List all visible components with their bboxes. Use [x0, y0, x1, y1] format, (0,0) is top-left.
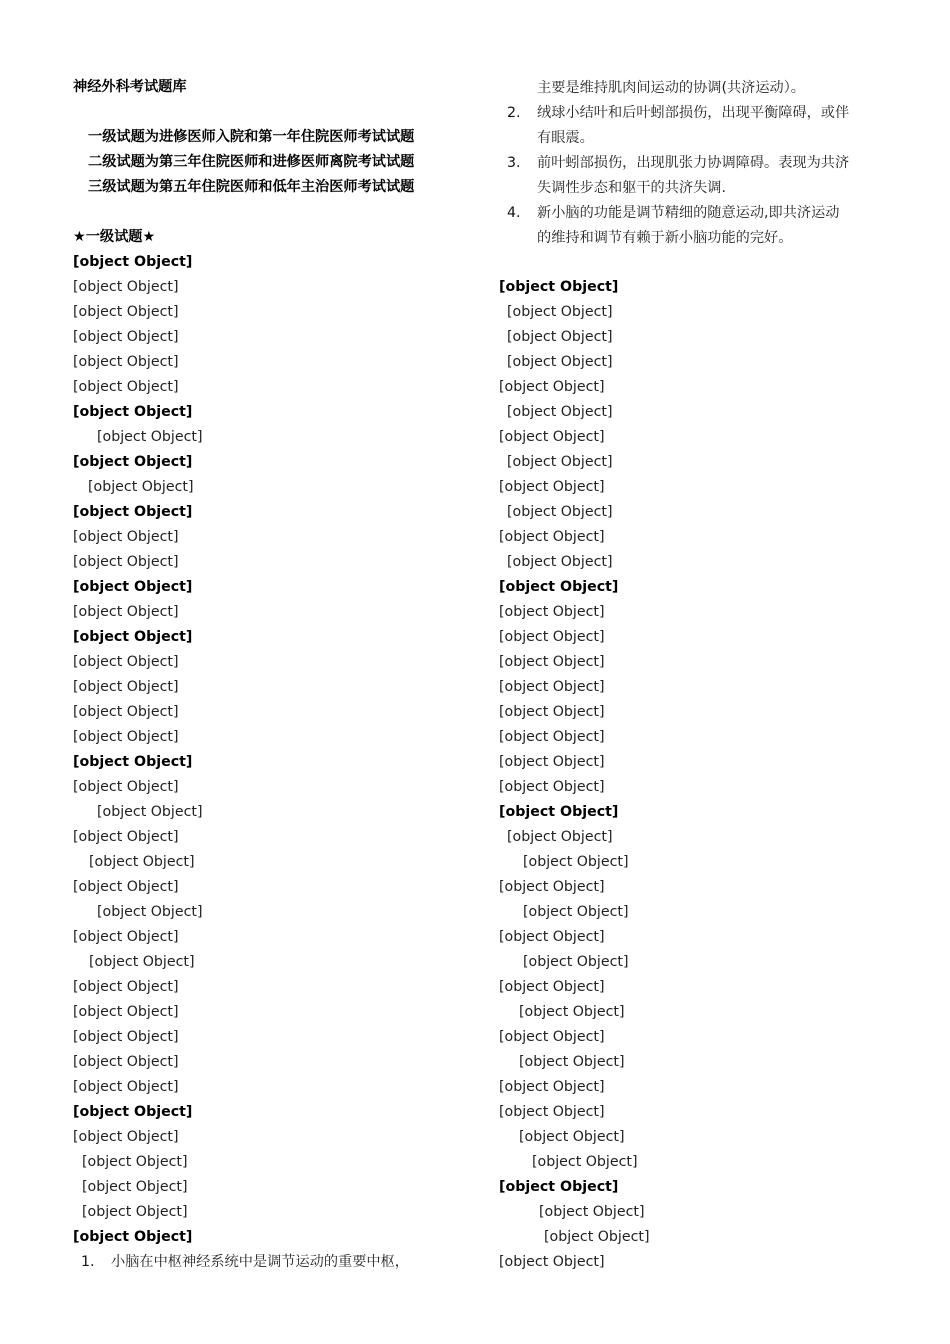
- answer-line: [object Object]: [73, 677, 179, 697]
- answer-line: [object Object]: [73, 1002, 179, 1022]
- answer-line: [object Object]: [499, 677, 605, 697]
- answer-line: [object Object]: [73, 777, 179, 797]
- answer-line: [object Object]: [499, 427, 605, 447]
- answer-line: [object Object]: [73, 702, 179, 722]
- answer-line: [object Object]: [539, 1202, 645, 1222]
- answer-line: [object Object]: [499, 877, 605, 897]
- answer-line: [object Object]: [499, 702, 605, 722]
- answer-line: [object Object]: [499, 527, 605, 547]
- answer-line: [object Object]: [499, 377, 605, 397]
- answer-line: [object Object]: [523, 952, 629, 972]
- answer-line: [object Object]: [523, 852, 629, 872]
- question-heading: [object Object]: [499, 577, 618, 597]
- answer-line: [object Object]: [73, 302, 179, 322]
- answer-line: [object Object]: [97, 902, 203, 922]
- answer-line: [object Object]: [507, 352, 613, 372]
- question-heading: [object Object]: [73, 577, 192, 597]
- section-title: ★一级试题★: [73, 227, 155, 247]
- answer-line: [object Object]: [499, 1027, 605, 1047]
- answer-line: [object Object]: [82, 1202, 188, 1222]
- answer-line: [object Object]: [73, 1127, 179, 1147]
- intro-line-3: 三级试题为第五年住院医师和低年主治医师考试试题: [88, 177, 414, 197]
- answer-line: [object Object]: [499, 477, 605, 497]
- answer-line: [object Object]: [519, 1127, 625, 1147]
- answer-line: [object Object]: [73, 552, 179, 572]
- answer-line: [object Object]: [507, 327, 613, 347]
- answer-line: [object Object]: [82, 1177, 188, 1197]
- answer-line: [object Object]: [507, 402, 613, 422]
- answer-line: [object Object]: [499, 927, 605, 947]
- answer-line: [object Object]: [499, 1077, 605, 1097]
- list-item-text: 前叶蚓部损伤，出现肌张力协调障碍。表现为共济: [537, 153, 849, 173]
- answer-line: [object Object]: [73, 827, 179, 847]
- document-title: 神经外科考试题库: [73, 77, 187, 97]
- answer-line: [object Object]: [73, 877, 179, 897]
- answer-line: [object Object]: [507, 302, 613, 322]
- answer-line: [object Object]: [499, 727, 605, 747]
- answer-line: [object Object]: [73, 1077, 179, 1097]
- answer-line: [object Object]: [499, 602, 605, 622]
- answer-line: [object Object]: [507, 552, 613, 572]
- answer-line: [object Object]: [499, 977, 605, 997]
- answer-line: [object Object]: [73, 352, 179, 372]
- list-item-number: 2.: [507, 103, 521, 123]
- answer-line: [object Object]: [73, 377, 179, 397]
- list-item-number: 4.: [507, 203, 521, 223]
- answer-line: [object Object]: [89, 852, 195, 872]
- list-item-text: 新小脑的功能是调节精细的随意运动,即共济运动: [537, 203, 839, 223]
- question-heading: [object Object]: [73, 1102, 192, 1122]
- answer-line: [object Object]: [97, 802, 203, 822]
- question-heading: [object Object]: [73, 502, 192, 522]
- question-heading: [object Object]: [73, 752, 192, 772]
- answer-line: [object Object]: [73, 527, 179, 547]
- list-item-text: 失调性步态和躯干的共济失调.: [537, 178, 726, 198]
- answer-line: [object Object]: [507, 452, 613, 472]
- question-heading: [object Object]: [73, 1227, 192, 1247]
- question-heading: [object Object]: [73, 627, 192, 647]
- list-item-text: 小脑在中枢神经系统中是调节运动的重要中枢，: [111, 1252, 409, 1272]
- answer-line: [object Object]: [499, 627, 605, 647]
- answer-line: [object Object]: [73, 927, 179, 947]
- answer-line: [object Object]: [519, 1052, 625, 1072]
- list-item-text: 绒球小结叶和后叶蚓部损伤，出现平衡障碍，或伴: [537, 103, 849, 123]
- answer-line: [object Object]: [73, 977, 179, 997]
- answer-line: [object Object]: [499, 777, 605, 797]
- question-heading: [object Object]: [499, 802, 618, 822]
- answer-line: [object Object]: [523, 902, 629, 922]
- answer-line: [object Object]: [73, 602, 179, 622]
- answer-line: [object Object]: [73, 652, 179, 672]
- list-item-number: 1.: [81, 1252, 95, 1272]
- list-item-text: 有眼震。: [537, 128, 594, 148]
- list-item-number: 3.: [507, 153, 521, 173]
- intro-line-2: 二级试题为第三年住院医师和进修医师离院考试试题: [88, 152, 414, 172]
- question-heading: [object Object]: [73, 452, 192, 472]
- answer-line: [object Object]: [73, 727, 179, 747]
- answer-line: [object Object]: [97, 427, 203, 447]
- answer-line: [object Object]: [499, 1102, 605, 1122]
- question-heading: [object Object]: [73, 402, 192, 422]
- question-heading: [object Object]: [73, 252, 192, 272]
- answer-line: [object Object]: [544, 1227, 650, 1247]
- list-item-text: 的维持和调节有赖于新小脑功能的完好。: [537, 228, 792, 248]
- answer-line: [object Object]: [519, 1002, 625, 1022]
- answer-line: [object Object]: [73, 327, 179, 347]
- intro-line-1: 一级试题为进修医师入院和第一年住院医师考试试题: [88, 127, 414, 147]
- list-continuation: 主要是维持肌肉间运动的协调(共济运动）。: [537, 78, 805, 98]
- question-heading: [object Object]: [499, 277, 618, 297]
- question-heading: [object Object]: [499, 1177, 618, 1197]
- answer-line: [object Object]: [499, 652, 605, 672]
- answer-line: [object Object]: [499, 1252, 605, 1272]
- answer-line: [object Object]: [88, 477, 194, 497]
- answer-line: [object Object]: [89, 952, 195, 972]
- answer-line: [object Object]: [82, 1152, 188, 1172]
- answer-line: [object Object]: [507, 827, 613, 847]
- document-page: 神经外科考试题库 一级试题为进修医师入院和第一年住院医师考试试题 二级试题为第三…: [0, 0, 950, 1344]
- answer-line: [object Object]: [73, 277, 179, 297]
- answer-line: [object Object]: [507, 502, 613, 522]
- answer-line: [object Object]: [532, 1152, 638, 1172]
- answer-line: [object Object]: [73, 1027, 179, 1047]
- answer-line: [object Object]: [73, 1052, 179, 1072]
- answer-line: [object Object]: [499, 752, 605, 772]
